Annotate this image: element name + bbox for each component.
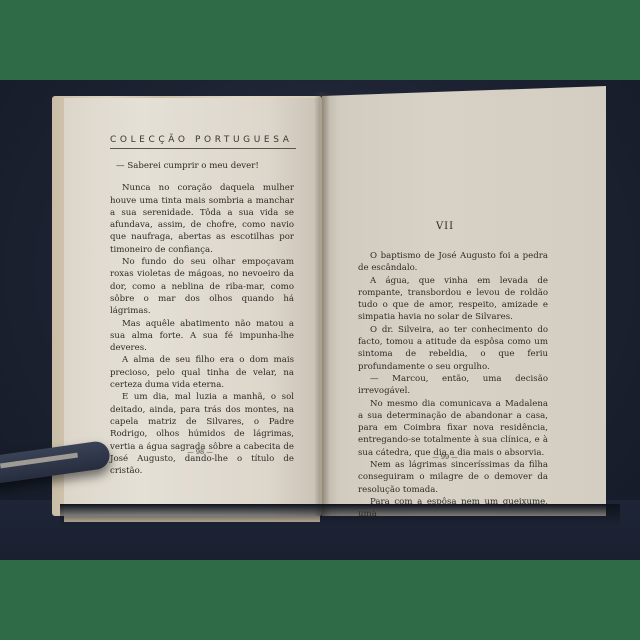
paragraph: O dr. Silveira, ao ter conhecimento do f… bbox=[358, 324, 548, 373]
paragraph: A alma de seu filho era o dom mais preci… bbox=[110, 354, 294, 391]
paragraph: — Marcou, então, uma decisão irrevogável… bbox=[358, 373, 548, 398]
paragraph: Mas aquêle abatimento não matou a sua al… bbox=[110, 318, 294, 355]
left-page-text: — Saberei cumprir o meu dever! Nunca no … bbox=[110, 160, 294, 477]
right-page-text: O baptismo de José Augusto foi a pedra d… bbox=[358, 250, 548, 521]
chapter-heading: VII bbox=[330, 221, 560, 232]
right-page-number: — 99 — bbox=[415, 453, 475, 461]
book-photo: COLECÇÃO PORTUGUESA — Saberei cumprir o … bbox=[0, 80, 640, 560]
paragraph: No fundo do seu olhar empoçavam roxas vi… bbox=[110, 256, 294, 317]
left-page-number: — 98 — bbox=[170, 448, 230, 456]
paragraph: E um dia, mal luzia a manhã, o sol deita… bbox=[110, 391, 294, 477]
paragraph: Nunca no coração daquela mulher houve um… bbox=[110, 182, 294, 256]
paragraph: O baptismo de José Augusto foi a pedra d… bbox=[358, 250, 548, 275]
running-header: COLECÇÃO PORTUGUESA bbox=[110, 135, 296, 149]
paragraph: Para com a espôsa nem um queixume, uma bbox=[358, 496, 548, 521]
paragraph: No mesmo dia comunicava a Madalena a sua… bbox=[358, 398, 548, 459]
opening-line: — Saberei cumprir o meu dever! bbox=[110, 160, 294, 172]
paragraph: Nem as lágrimas sinceríssimas da filha c… bbox=[358, 459, 548, 496]
paragraph: A água, que vinha em levada de rompante,… bbox=[358, 275, 548, 324]
book-spine bbox=[314, 92, 330, 516]
